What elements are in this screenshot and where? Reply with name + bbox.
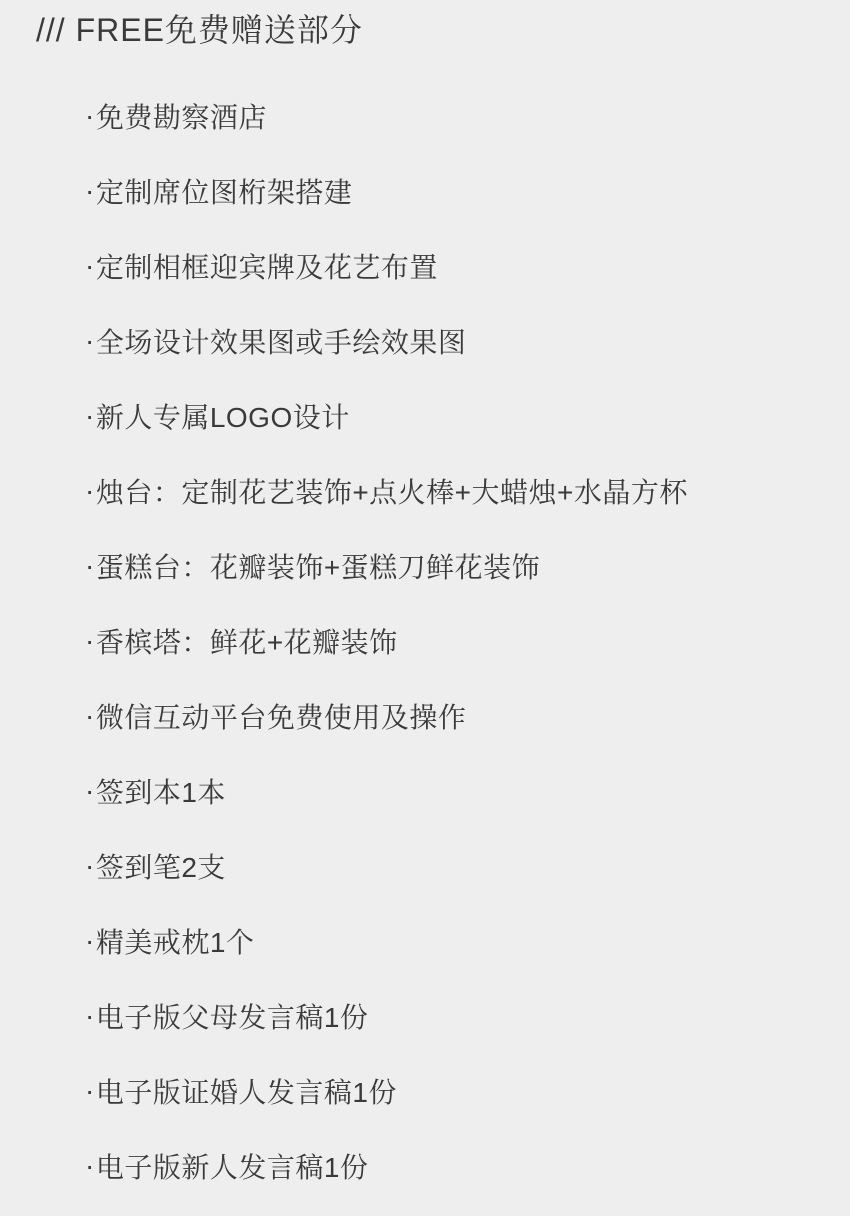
gift-list-item: ·电子版证婚人发言稿1份 (0, 1053, 850, 1128)
bullet-dot: · (85, 775, 95, 807)
bullet-dot: · (85, 250, 95, 282)
gift-list-item: ·精美戒枕1个 (0, 903, 850, 978)
bullet-dot: · (85, 325, 95, 357)
gift-item-label: 电子版新人发言稿1份 (96, 1146, 369, 1186)
gift-list: ·免费勘察酒店·定制席位图桁架搭建·定制相框迎宾牌及花艺布置·全场设计效果图或手… (0, 78, 850, 1203)
gift-list-item: ·香槟塔：鲜花+花瓣装饰 (0, 603, 850, 678)
gift-item-label: 免费勘察酒店 (96, 96, 267, 136)
bullet-dot: · (85, 400, 95, 432)
gift-item-label: 微信互动平台免费使用及操作 (96, 696, 467, 736)
gift-item-label: 签到笔2支 (96, 846, 226, 886)
bullet-dot: · (85, 1075, 95, 1107)
gift-list-item: ·免费勘察酒店 (0, 78, 850, 153)
gift-item-label: 香槟塔：鲜花+花瓣装饰 (96, 621, 398, 661)
gift-item-label: 电子版证婚人发言稿1份 (96, 1071, 397, 1111)
bullet-dot: · (85, 475, 95, 507)
gift-list-item: ·签到本1本 (0, 753, 850, 828)
gift-item-label: 烛台：定制花艺装饰+点火棒+大蜡烛+水晶方杯 (96, 471, 688, 511)
bullet-dot: · (85, 1000, 95, 1032)
gift-list-item: ·签到笔2支 (0, 828, 850, 903)
bullet-dot: · (85, 625, 95, 657)
gift-list-item: ·定制席位图桁架搭建 (0, 153, 850, 228)
gift-item-label: 签到本1本 (96, 771, 226, 811)
bullet-dot: · (85, 925, 95, 957)
bullet-dot: · (85, 550, 95, 582)
gift-item-label: 定制相框迎宾牌及花艺布置 (96, 246, 438, 286)
gift-list-item: ·定制相框迎宾牌及花艺布置 (0, 228, 850, 303)
gift-list-item: ·烛台：定制花艺装饰+点火棒+大蜡烛+水晶方杯 (0, 453, 850, 528)
bullet-dot: · (85, 700, 95, 732)
gift-list-item: ·微信互动平台免费使用及操作 (0, 678, 850, 753)
gift-item-label: 精美戒枕1个 (96, 921, 255, 961)
gift-list-item: ·电子版父母发言稿1份 (0, 978, 850, 1053)
gift-item-label: 定制席位图桁架搭建 (96, 171, 353, 211)
gift-list-item: ·蛋糕台：花瓣装饰+蛋糕刀鲜花装饰 (0, 528, 850, 603)
gift-item-label: 新人专属LOGO设计 (96, 396, 350, 436)
gift-list-item: ·全场设计效果图或手绘效果图 (0, 303, 850, 378)
gift-item-label: 全场设计效果图或手绘效果图 (96, 321, 467, 361)
bullet-dot: · (85, 175, 95, 207)
bullet-dot: · (85, 100, 95, 132)
bullet-dot: · (85, 1150, 95, 1182)
gift-item-label: 蛋糕台：花瓣装饰+蛋糕刀鲜花装饰 (96, 546, 540, 586)
free-gifts-section: /// FREE免费赠送部分 ·免费勘察酒店·定制席位图桁架搭建·定制相框迎宾牌… (0, 0, 850, 1216)
bullet-dot: · (85, 850, 95, 882)
section-title: /// FREE免费赠送部分 (0, 0, 850, 50)
gift-list-item: ·电子版新人发言稿1份 (0, 1128, 850, 1203)
gift-item-label: 电子版父母发言稿1份 (96, 996, 369, 1036)
gift-list-item: ·新人专属LOGO设计 (0, 378, 850, 453)
